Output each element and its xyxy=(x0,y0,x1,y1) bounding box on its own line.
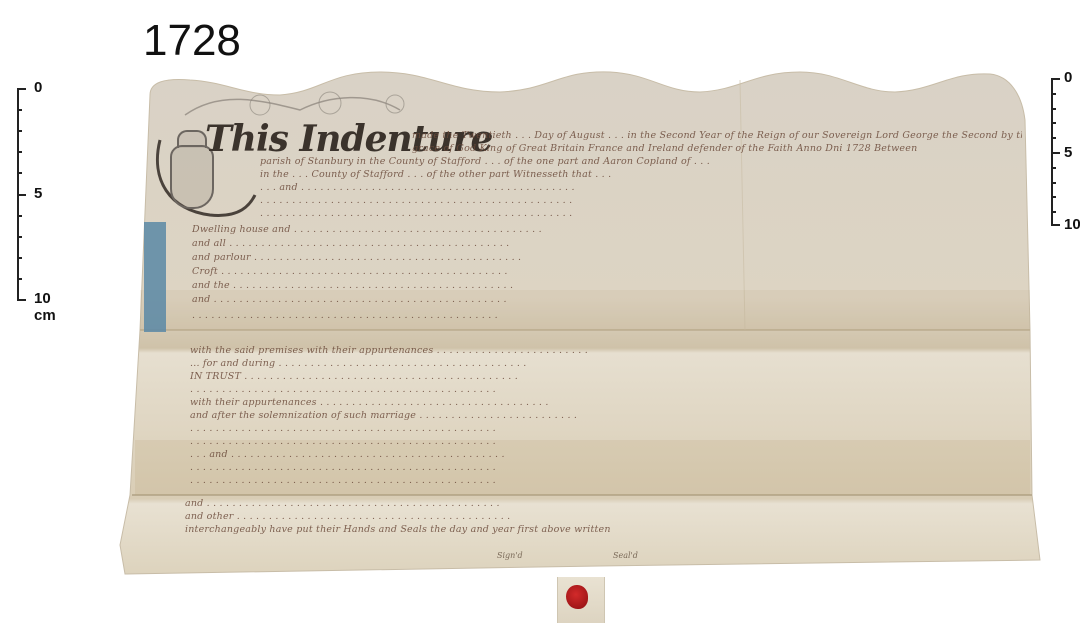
text-line: . . . and . . . . . . . . . . . . . . . … xyxy=(190,449,1024,460)
text-line: . . . . . . . . . . . . . . . . . . . . … xyxy=(190,384,1024,395)
text-line: interchangeably have put their Hands and… xyxy=(185,524,745,535)
text-line: and . . . . . . . . . . . . . . . . . . … xyxy=(192,294,1024,305)
text-line: grace of God King of Great Britain Franc… xyxy=(412,143,1022,154)
text-line: and all . . . . . . . . . . . . . . . . … xyxy=(192,238,1024,249)
text-line: . . . . . . . . . . . . . . . . . . . . … xyxy=(190,462,1024,473)
signature-right: Seal'd xyxy=(613,551,638,560)
text-line: . . . . . . . . . . . . . . . . . . . . … xyxy=(190,423,1024,434)
text-line: and parlour . . . . . . . . . . . . . . … xyxy=(192,252,1024,263)
text-line: in the . . . County of Stafford . . . of… xyxy=(260,169,1022,180)
text-line: made the Twentieth . . . Day of August .… xyxy=(412,130,1022,141)
text-line: . . . . . . . . . . . . . . . . . . . . … xyxy=(260,208,1022,219)
text-line: ... for and during . . . . . . . . . . .… xyxy=(190,358,1024,369)
signature-left: Sign'd xyxy=(497,551,523,560)
text-line: and after the solemnization of such marr… xyxy=(190,410,1024,421)
indenture-document: This Indenture made the Twentieth . . . … xyxy=(0,0,1080,623)
text-line: . . . . . . . . . . . . . . . . . . . . … xyxy=(190,436,1024,447)
text-line: . . . and . . . . . . . . . . . . . . . … xyxy=(260,182,1022,193)
text-line: . . . . . . . . . . . . . . . . . . . . … xyxy=(190,475,1024,486)
text-line: . . . . . . . . . . . . . . . . . . . . … xyxy=(192,310,1024,321)
text-line: IN TRUST . . . . . . . . . . . . . . . .… xyxy=(190,371,1024,382)
text-line: with the said premises with their appurt… xyxy=(190,345,1024,356)
text-line: Dwelling house and . . . . . . . . . . .… xyxy=(192,224,1024,235)
wax-seal-icon xyxy=(566,585,588,609)
text-line: Croft . . . . . . . . . . . . . . . . . … xyxy=(192,266,1024,277)
text-line: . . . . . . . . . . . . . . . . . . . . … xyxy=(260,195,1022,206)
text-line: parish of Stanbury in the County of Staf… xyxy=(260,156,1022,167)
text-line: with their appurtenances . . . . . . . .… xyxy=(190,397,1024,408)
text-line: and other . . . . . . . . . . . . . . . … xyxy=(185,511,1025,522)
text-line: and the . . . . . . . . . . . . . . . . … xyxy=(192,280,1024,291)
text-line: and . . . . . . . . . . . . . . . . . . … xyxy=(185,498,1025,509)
